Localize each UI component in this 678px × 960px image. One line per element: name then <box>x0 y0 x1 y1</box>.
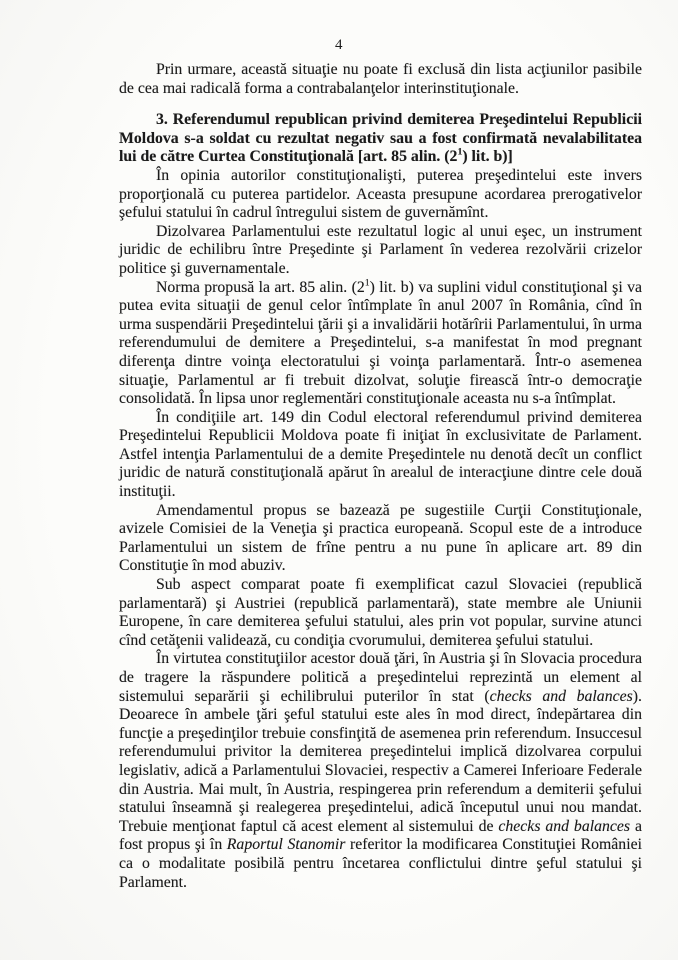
text-run: ) lit. b)] <box>462 148 512 165</box>
text-run: ) lit. b) va suplini vidul constituţiona… <box>119 279 642 408</box>
section-heading: 3. Referendumul republican privind demit… <box>119 111 642 167</box>
paragraph: În condiţiile art. 149 din Codul elector… <box>119 409 642 502</box>
text-run: În opinia autorilor constituţionalişti, … <box>119 167 642 221</box>
text-run: Sub aspect comparat poate fi exemplifica… <box>119 576 642 649</box>
paragraph: Dizolvarea Parlamentului este rezultatul… <box>119 223 642 279</box>
text-run: Dizolvarea Parlamentului este rezultatul… <box>119 223 642 277</box>
document-body: Prin urmare, această situaţie nu poate f… <box>119 61 642 892</box>
paragraph: Amendamentul propus se bazează pe sugest… <box>119 502 642 576</box>
paragraph: Sub aspect comparat poate fi exemplifica… <box>119 576 642 650</box>
italic-run: checks and balances <box>490 688 633 705</box>
text-run: Norma propusă la art. 85 alin. (2 <box>156 279 365 296</box>
paragraph: Norma propusă la art. 85 alin. (21) lit.… <box>119 279 642 409</box>
text-run: Prin urmare, această situaţie nu poate f… <box>119 61 642 97</box>
italic-run: Raportul Stanomir <box>227 836 346 853</box>
page-number: 4 <box>0 37 678 54</box>
text-run: Amendamentul propus se bazează pe sugest… <box>119 502 642 575</box>
text-run: ). Deoarece în ambele ţări şeful statulu… <box>119 688 642 835</box>
italic-run: checks and balances <box>498 818 630 835</box>
paragraph: În virtutea constituţiilor acestor două … <box>119 650 642 892</box>
paragraph: Prin urmare, această situaţie nu poate f… <box>119 61 642 98</box>
text-run: 3. Referendumul republican privind demit… <box>119 111 642 165</box>
document-page: 4 Prin urmare, această situaţie nu poate… <box>0 0 678 960</box>
paragraph: În opinia autorilor constituţionalişti, … <box>119 167 642 223</box>
text-run: În condiţiile art. 149 din Codul elector… <box>119 409 642 500</box>
